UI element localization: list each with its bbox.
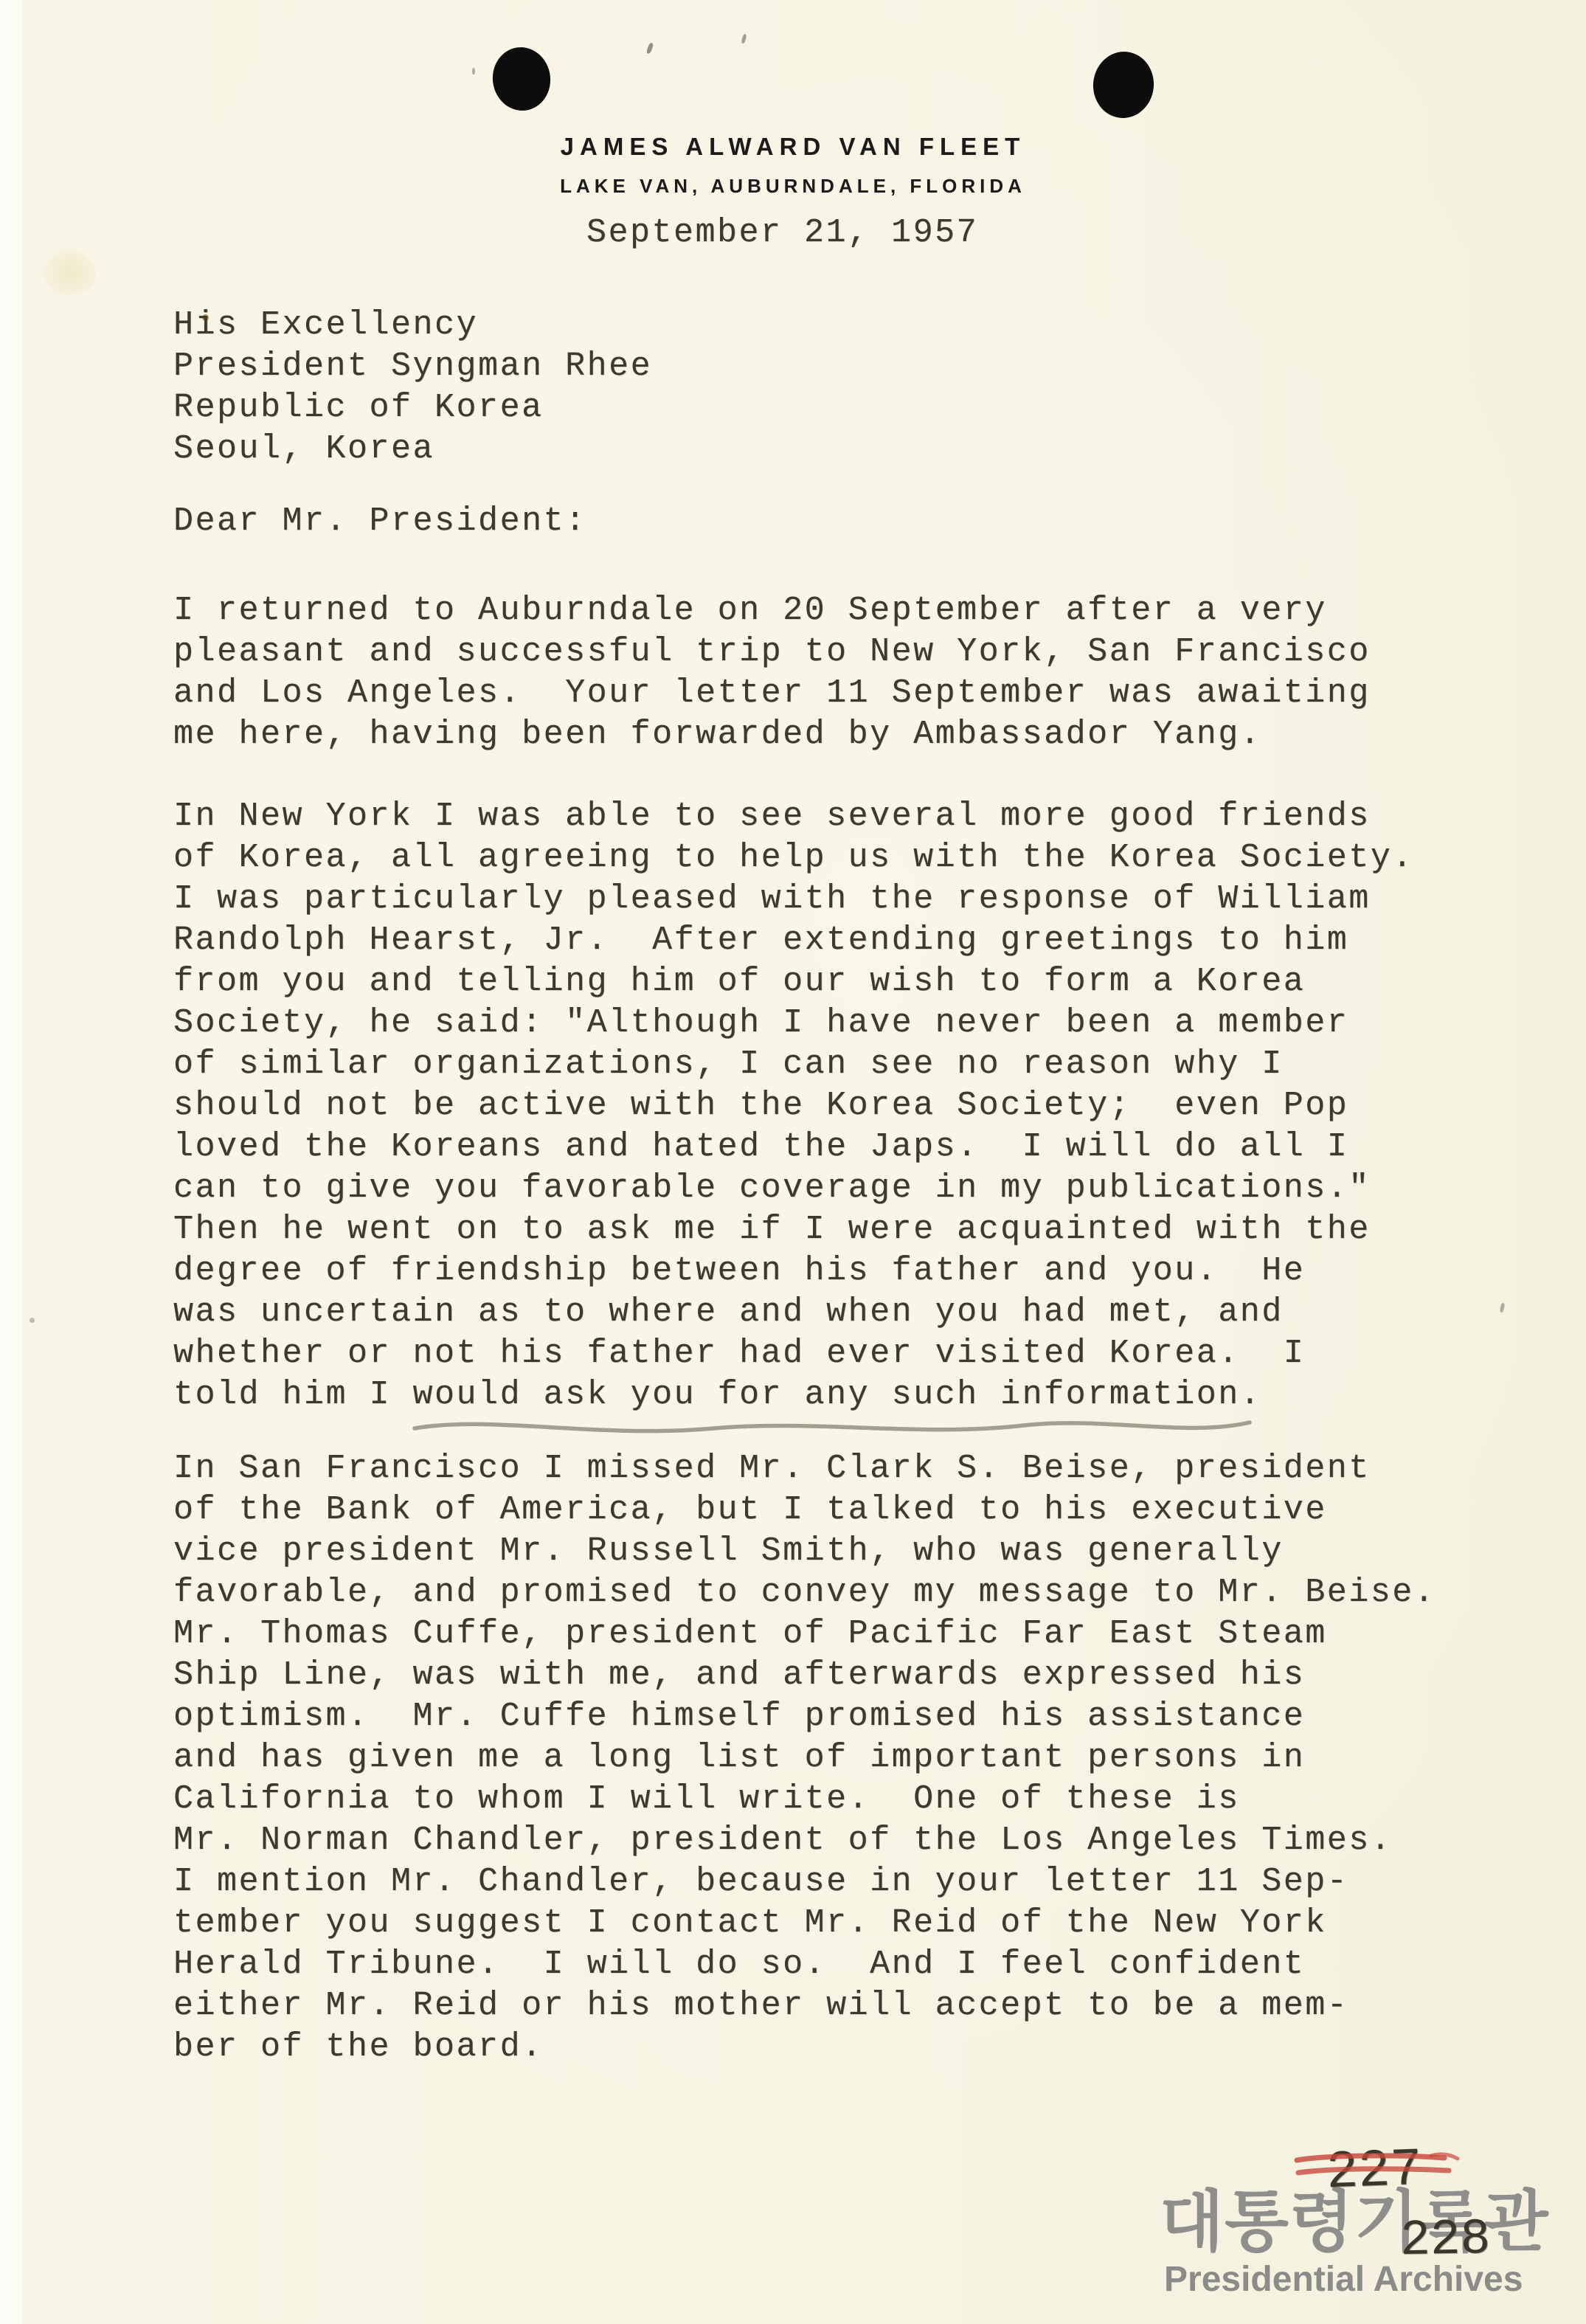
paragraph-1: I returned to Auburndale on 20 September…	[173, 590, 1371, 755]
red-strikethrough-icon	[1292, 2148, 1462, 2187]
letter-line: can to give you favorable coverage in my…	[173, 1168, 1414, 1209]
letter-line: whether or not his father had ever visit…	[173, 1333, 1414, 1374]
letter-line: vice president Mr. Russell Smith, who wa…	[173, 1531, 1436, 1572]
letter-line: of Korea, all agreeing to help us with t…	[173, 837, 1414, 879]
letter-line: me here, having been forwarded by Ambass…	[173, 714, 1371, 755]
letter-line: Society, he said: "Although I have never…	[173, 1003, 1414, 1044]
letter-line: of similar organizations, I can see no r…	[173, 1044, 1414, 1085]
recipient-line: President Syngman Rhee	[173, 346, 652, 387]
letter-line: was uncertain as to where and when you h…	[173, 1292, 1414, 1333]
ink-speck	[472, 68, 475, 75]
letter-line: favorable, and promised to convey my mes…	[173, 1572, 1436, 1614]
letter-line: either Mr. Reid or his mother will accep…	[173, 1985, 1436, 2027]
letter-line: optimism. Mr. Cuffe himself promised his…	[173, 1696, 1436, 1737]
paper-stain	[44, 251, 96, 295]
letter-line: pleasant and successful trip to New York…	[173, 632, 1371, 673]
ink-speck	[646, 42, 654, 54]
scan-edge	[0, 0, 22, 2324]
letter-line: In New York I was able to see several mo…	[173, 796, 1414, 837]
letter-line: tember you suggest I contact Mr. Reid of…	[173, 1903, 1436, 1944]
letter-line: California to whom I will write. One of …	[173, 1779, 1436, 1820]
letter-line: I was particularly pleased with the resp…	[173, 879, 1414, 920]
recipient-address-block: His Excellency President Syngman Rhee Re…	[173, 305, 652, 470]
letter-line: Mr. Thomas Cuffe, president of Pacific F…	[173, 1614, 1436, 1655]
letter-line: Then he went on to ask me if I were acqu…	[173, 1209, 1414, 1251]
letter-line: should not be active with the Korea Soci…	[173, 1085, 1414, 1127]
letter-line: ber of the board.	[173, 2027, 1436, 2068]
recipient-line: Republic of Korea	[173, 387, 652, 429]
letter-line: and has given me a long list of importan…	[173, 1737, 1436, 1779]
letter-line: degree of friendship between his father …	[173, 1251, 1414, 1292]
pencil-underline-icon	[404, 1400, 1260, 1452]
letterhead-address: LAKE VAN, AUBURNDALE, FLORIDA	[0, 175, 1586, 198]
letter-line: I returned to Auburndale on 20 September…	[173, 590, 1371, 632]
hole-punch-right-icon	[1090, 49, 1157, 121]
letter-date: September 21, 1957	[586, 212, 978, 254]
ink-speck	[30, 1318, 35, 1323]
letterhead-name: JAMES ALWARD VAN FLEET	[0, 133, 1586, 161]
letter-line: Randolph Hearst, Jr. After extending gre…	[173, 920, 1414, 961]
letter-line: loved the Koreans and hated the Japs. I …	[173, 1127, 1414, 1168]
ink-speck	[1500, 1303, 1506, 1313]
hole-punch-left-icon	[488, 44, 554, 114]
letter-line: Herald Tribune. I will do so. And I feel…	[173, 1944, 1436, 1985]
letter-line: and Los Angeles. Your letter 11 Septembe…	[173, 673, 1371, 714]
page-number-228: 228	[1399, 2211, 1491, 2269]
salutation: Dear Mr. President:	[173, 501, 587, 542]
letter-line: I mention Mr. Chandler, because in your …	[173, 1861, 1436, 1903]
paragraph-3: In San Francisco I missed Mr. Clark S. B…	[173, 1448, 1436, 2068]
letter-line: In San Francisco I missed Mr. Clark S. B…	[173, 1448, 1436, 1490]
letter-line: Mr. Norman Chandler, president of the Lo…	[173, 1820, 1436, 1861]
letter-line: from you and telling him of our wish to …	[173, 961, 1414, 1003]
letter-page: JAMES ALWARD VAN FLEET LAKE VAN, AUBURND…	[0, 0, 1586, 2324]
letter-line: of the Bank of America, but I talked to …	[173, 1490, 1436, 1531]
ink-speck	[741, 34, 747, 44]
recipient-line: His Excellency	[173, 305, 652, 346]
recipient-line: Seoul, Korea	[173, 429, 652, 470]
letter-line: Ship Line, was with me, and afterwards e…	[173, 1655, 1436, 1696]
paragraph-2: In New York I was able to see several mo…	[173, 796, 1414, 1416]
